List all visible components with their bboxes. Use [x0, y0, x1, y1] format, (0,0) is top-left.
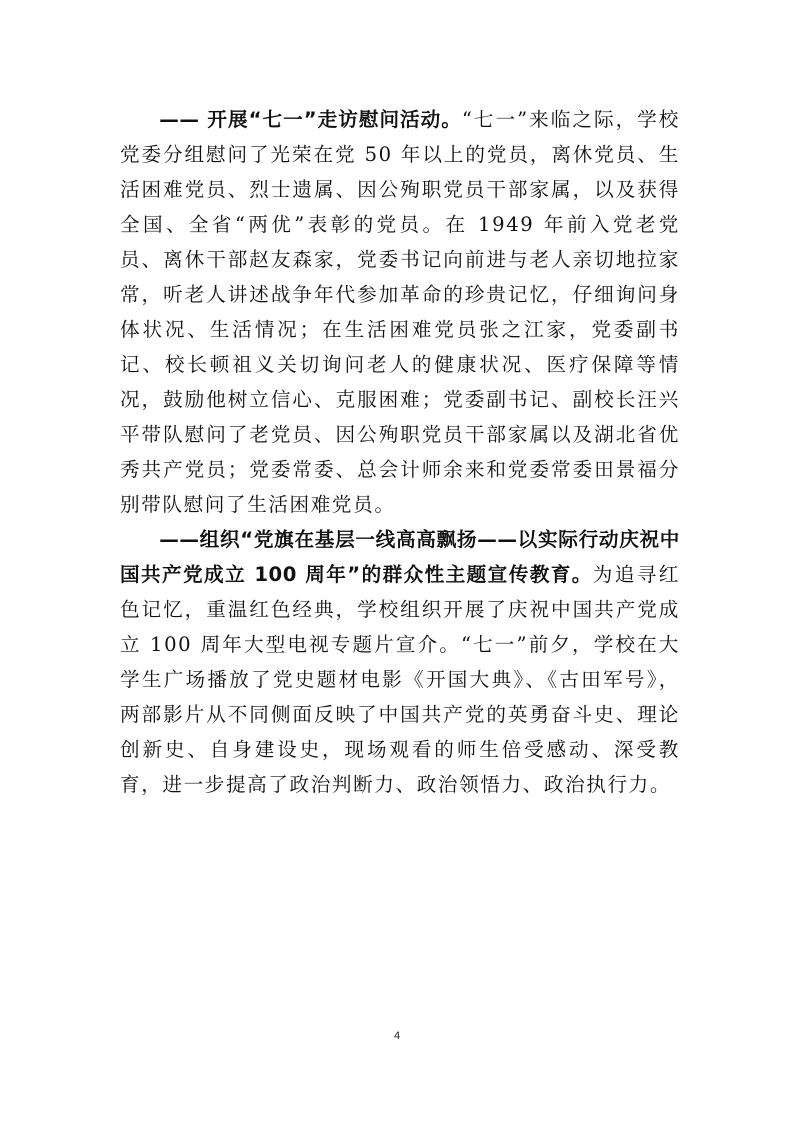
document-body: —— 开展“七一”走访慰问活动。“七一”来临之际，学校党委分组慰问了光荣在党 5… [120, 102, 680, 802]
paragraph-lead: —— 开展“七一”走访慰问活动。 [159, 108, 462, 131]
paragraph-education: ——组织“党旗在基层一线高高飘扬——以实际行动庆祝中国共产党成立 100 周年”… [120, 522, 680, 802]
paragraph-text: “七一”来临之际，学校党委分组慰问了光荣在党 50 年以上的党员，离休党员、生活… [120, 108, 680, 516]
document-page: —— 开展“七一”走访慰问活动。“七一”来临之际，学校党委分组慰问了光荣在党 5… [0, 0, 794, 1123]
paragraph-visits: —— 开展“七一”走访慰问活动。“七一”来临之际，学校党委分组慰问了光荣在党 5… [120, 102, 680, 522]
paragraph-text: 为追寻红色记忆，重温红色经典，学校组织开展了庆祝中国共产党成立 100 周年大型… [120, 563, 680, 796]
page-number: 4 [0, 1030, 794, 1042]
